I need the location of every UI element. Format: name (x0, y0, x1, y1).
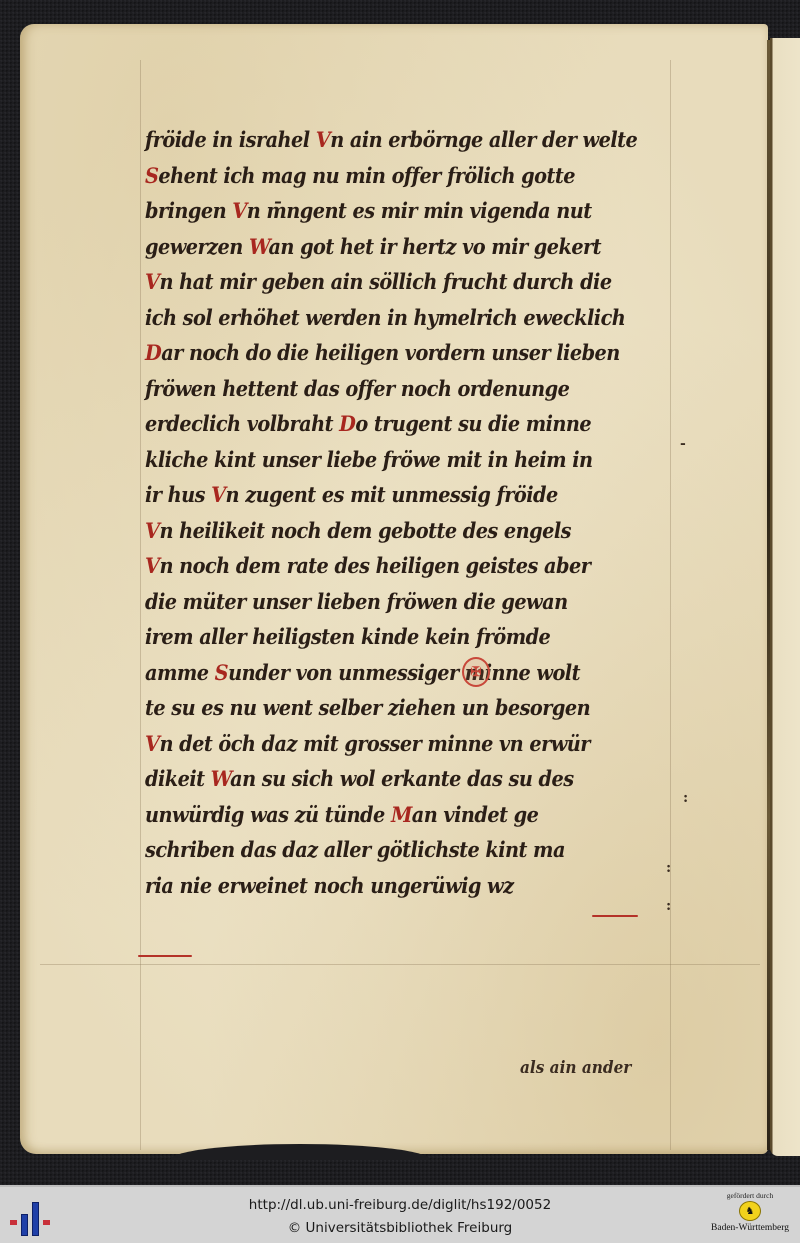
manuscript-line: unwürdig was zü tünde Man vindet ge (145, 797, 633, 833)
manuscript-line: Sehent ich mag nu min offer frölich gott… (145, 158, 633, 194)
manuscript-line: te su es nu went selber ziehen un besorg… (145, 690, 633, 726)
manuscript-line: ir hus Vn zugent es mit unmessig fröide (145, 477, 633, 513)
rubricated-initial: W (249, 234, 268, 259)
rubricated-initial: D (339, 411, 355, 436)
manuscript-line: kliche kint unser liebe fröwe mit in hei… (145, 442, 633, 478)
manuscript-line: dikeit Wan su sich wol erkante das su de… (145, 761, 633, 797)
sponsor-label: gefördert durch (700, 1191, 800, 1200)
margin-mark: : (666, 898, 671, 914)
rubricated-initial: D (145, 340, 161, 365)
library-stamp: ✠ (462, 657, 490, 687)
sponsor-block: gefördert durch ♞ Baden-Württemberg (700, 1187, 800, 1243)
manuscript-line: Vn noch dem rate des heiligen geistes ab… (145, 548, 633, 584)
copyright-notice: © Universitätsbibliothek Freiburg (150, 1220, 650, 1236)
catchword: als ain ander (520, 1058, 631, 1078)
manuscript-line: fröwen hettent das offer noch ordenunge (145, 371, 633, 407)
manuscript-line: ich sol erhöhet werden in hymelrich ewec… (145, 300, 633, 336)
manuscript-line: Vn heilikeit noch dem gebotte des engels (145, 513, 633, 549)
manuscript-scan: fröide in israhel Vn ain erbörnge aller … (0, 0, 800, 1185)
rubricated-initial: V (232, 198, 246, 223)
manuscript-line: amme Sunder von unmessiger minne wolt (145, 655, 633, 691)
ruling-line-left (140, 60, 141, 1150)
rubricated-initial: S (215, 660, 228, 685)
rubric-underline (592, 915, 638, 917)
footer-bar: http://dl.ub.uni-freiburg.de/diglit/hs19… (0, 1185, 800, 1243)
ruling-line-bottom (40, 964, 760, 965)
manuscript-line: irem aller heiligsten kinde kein frömde (145, 619, 633, 655)
rubric-underline (138, 955, 192, 957)
next-leaf-edge (770, 38, 800, 1156)
manuscript-line: die müter unser lieben fröwen die gewan (145, 584, 633, 620)
rubricated-initial: V (316, 127, 330, 152)
manuscript-line: ria nie erweinet noch ungerüwig wz (145, 868, 633, 904)
rubricated-initial: V (145, 518, 159, 543)
rubricated-initial: V (145, 269, 159, 294)
rubricated-initial: W (211, 766, 230, 791)
rubricated-initial: V (145, 731, 159, 756)
margin-mark: : (683, 790, 688, 806)
rubricated-initial: S (145, 163, 158, 188)
rubricated-initial: V (211, 482, 225, 507)
manuscript-line: Vn det öch daz mit grosser minne vn erwü… (145, 726, 633, 762)
manuscript-line: erdeclich volbraht Do trugent su die min… (145, 406, 633, 442)
sponsor-name: Baden-Württemberg (700, 1223, 800, 1233)
manuscript-line: Dar noch do die heiligen vordern unser l… (145, 335, 633, 371)
rubricated-initial: M (391, 802, 412, 827)
coat-of-arms-icon: ♞ (739, 1201, 761, 1221)
ub-freiburg-logo-icon (8, 1197, 48, 1241)
manuscript-line: schriben das daz aller götlichste kint m… (145, 832, 633, 868)
rubricated-initial: V (145, 553, 159, 578)
manuscript-line: gewerzen Wan got het ir hertz vo mir gek… (145, 229, 633, 265)
manuscript-line: bringen Vn m̄ngent es mir min vigenda nu… (145, 193, 633, 229)
margin-mark: : (666, 860, 671, 876)
manuscript-text: fröide in israhel Vn ain erbörnge aller … (145, 122, 675, 903)
permalink-url[interactable]: http://dl.ub.uni-freiburg.de/diglit/hs19… (150, 1197, 650, 1213)
margin-mark: - (680, 436, 686, 452)
manuscript-line: Vn hat mir geben ain söllich frucht durc… (145, 264, 633, 300)
manuscript-line: fröide in israhel Vn ain erbörnge aller … (145, 122, 633, 158)
